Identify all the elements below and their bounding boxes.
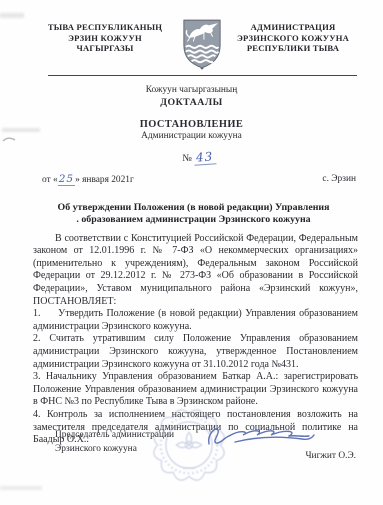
document-heading: Кожуун чагыргазының ДОКТААЛЫ ПОСТАНОВЛЕН… — [0, 85, 383, 186]
document-page: ТЫВА РЕСПУБЛИКАНЫҢ ЭРЗИН КОЖУУН ЧАГЫРГАЗ… — [0, 0, 383, 505]
org-name-russian: АДМИНИСТРАЦИЯ ЭРЗИНСКОГО КОЖУУНА РЕСПУБЛ… — [223, 17, 363, 54]
org-name-russian-line2: ЭРЗИНСКОГО КОЖУУНА — [223, 33, 363, 44]
number-value-handwritten: 43 — [194, 150, 217, 166]
doc-type-russian: ПОСТАНОВЛЕНИЕ — [0, 119, 383, 130]
signature-block: Председатель администрации Эрзинского ко… — [0, 428, 383, 456]
org-name-tuvan-line3: ЧАГЫРГАЗЫ — [30, 43, 180, 54]
header-divider — [48, 75, 357, 76]
number-label: № — [182, 153, 192, 164]
org-name-tuvan-line2: ЭРЗИН КОЖУУН — [30, 33, 180, 44]
org-name-tuvan: ТЫВА РЕСПУБЛИКАНЫҢ ЭРЗИН КОЖУУН ЧАГЫРГАЗ… — [30, 17, 180, 54]
signer-position-line1: Председатель администрации — [55, 428, 174, 442]
doc-type-tuvan: ДОКТААЛЫ — [0, 97, 383, 108]
org-name-russian-line3: РЕСПУБЛИКИ ТЫВА — [223, 43, 363, 54]
date-place-row: от «25» января 2021г с. Эрзин — [0, 173, 383, 186]
date-suffix: » января 2021г — [75, 175, 134, 185]
date-prefix: от « — [42, 175, 58, 185]
preamble-paragraph: В соответствии с Конституцией Российской… — [33, 233, 358, 309]
document-date: от «25» января 2021г — [42, 173, 134, 186]
subtitle-russian: Администрации кожууна — [0, 131, 383, 142]
signer-position-line2: Эрзинского кожууна — [55, 442, 174, 456]
title-line2: . образованием администрации Эрзинского … — [40, 214, 347, 227]
resolution-item-2: 2. Считать утратившим силу Положение Упр… — [33, 333, 358, 371]
subtitle-tuvan: Кожуун чагыргазының — [0, 85, 383, 96]
horse-coat-of-arms-icon — [181, 18, 223, 70]
letterhead: ТЫВА РЕСПУБЛИКАНЫҢ ЭРЗИН КОЖУУН ЧАГЫРГАЗ… — [0, 0, 383, 70]
document-place: с. Эрзин — [322, 173, 356, 186]
signer-position: Председатель администрации Эрзинского ко… — [55, 428, 174, 456]
resolution-item-1: 1. Утвердить Положение (в новой редакции… — [33, 308, 358, 333]
document-title: Об утверждении Положения (в новой редакц… — [40, 202, 347, 227]
org-name-russian-line1: АДМИНИСТРАЦИЯ — [223, 22, 363, 33]
scan-artifact — [0, 486, 42, 490]
document-number: № 43 — [8, 151, 383, 165]
date-day-handwritten: 25 — [58, 173, 75, 186]
signer-name: Чигжит О.Э. — [305, 449, 356, 463]
title-line1: Об утверждении Положения (в новой редакц… — [40, 202, 347, 215]
org-name-tuvan-line1: ТЫВА РЕСПУБЛИКАНЫҢ — [30, 22, 180, 33]
